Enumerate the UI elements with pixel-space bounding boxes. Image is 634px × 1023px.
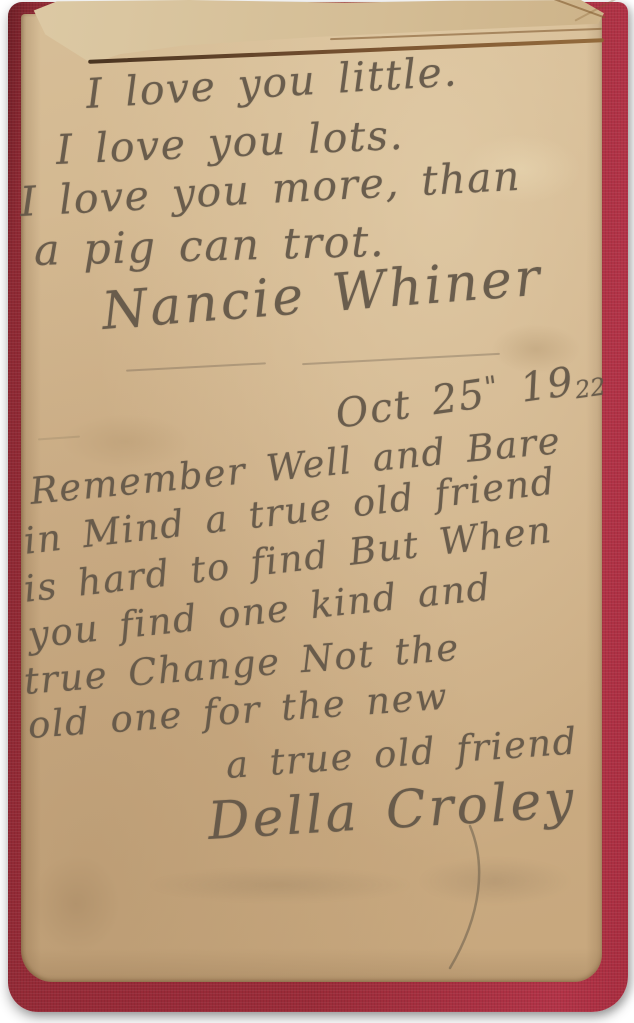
autograph-album-scan: I love you little. I love you lots. I lo…	[0, 0, 634, 1023]
date-year-suffix: 22	[573, 372, 607, 404]
paper-stain	[31, 854, 121, 954]
erased-ghost-writing	[420, 858, 570, 904]
erased-ghost-writing	[150, 868, 410, 902]
date-year-prefix: 19	[517, 359, 577, 412]
